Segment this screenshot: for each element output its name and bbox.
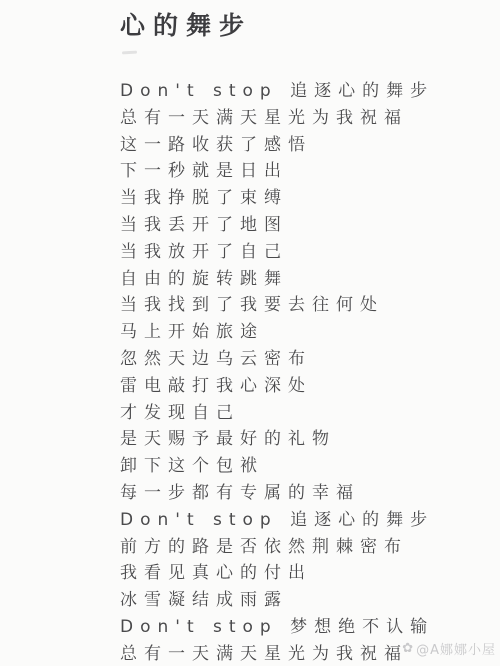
smudge-mark [122,51,137,55]
lyric-line: 雷电敲打我心深处 [120,373,490,400]
lyric-line: 才发现自己 [120,400,490,427]
lyric-line: 当我挣脱了束缚 [120,185,490,212]
lyric-line: 是天赐予最好的礼物 [120,426,490,453]
watermark-flower-icon: ✿ [402,642,414,655]
lyric-line: 自由的旋转跳舞 [120,266,490,293]
watermark-text: @A娜娜小屋 [416,639,496,658]
lyric-line: 当我放开了自己 [120,239,490,266]
lyric-line: Don't stop 梦想绝不认输 [120,614,490,641]
lyrics-page: 心的舞步 Don't stop 追逐心的舞步总有一天满天星光为我祝福这一路收获了… [0,0,500,666]
lyric-line: 冰雪凝结成雨露 [120,587,490,614]
lyric-line: Don't stop 追逐心的舞步 [120,507,490,534]
lyric-line: Don't stop 追逐心的舞步 [120,78,490,105]
lyric-line: 当我找到了我要去往何处 [120,292,490,319]
lyric-line: 当我丢开了地图 [120,212,490,239]
lyric-line: 我看见真心的付出 [120,560,490,587]
watermark: ✿ @A娜娜小屋 [402,639,496,658]
lyric-line: 这一路收获了感悟 [120,132,490,159]
lyric-line: 每一步都有专属的幸福 [120,480,490,507]
lyric-line: 马上开始旅途 [120,319,490,346]
lyric-line: 忽然天边乌云密布 [120,346,490,373]
page-title: 心的舞步 [120,6,252,42]
lyrics-list: Don't stop 追逐心的舞步总有一天满天星光为我祝福这一路收获了感悟下一秒… [120,78,490,666]
lyric-line: 下一秒就是日出 [120,158,490,185]
lyric-line: 前方的路是否依然荆棘密布 [120,534,490,561]
lyric-line: 总有一天满天星光为我祝福 [120,105,490,132]
lyric-line: 卸下这个包袱 [120,453,490,480]
